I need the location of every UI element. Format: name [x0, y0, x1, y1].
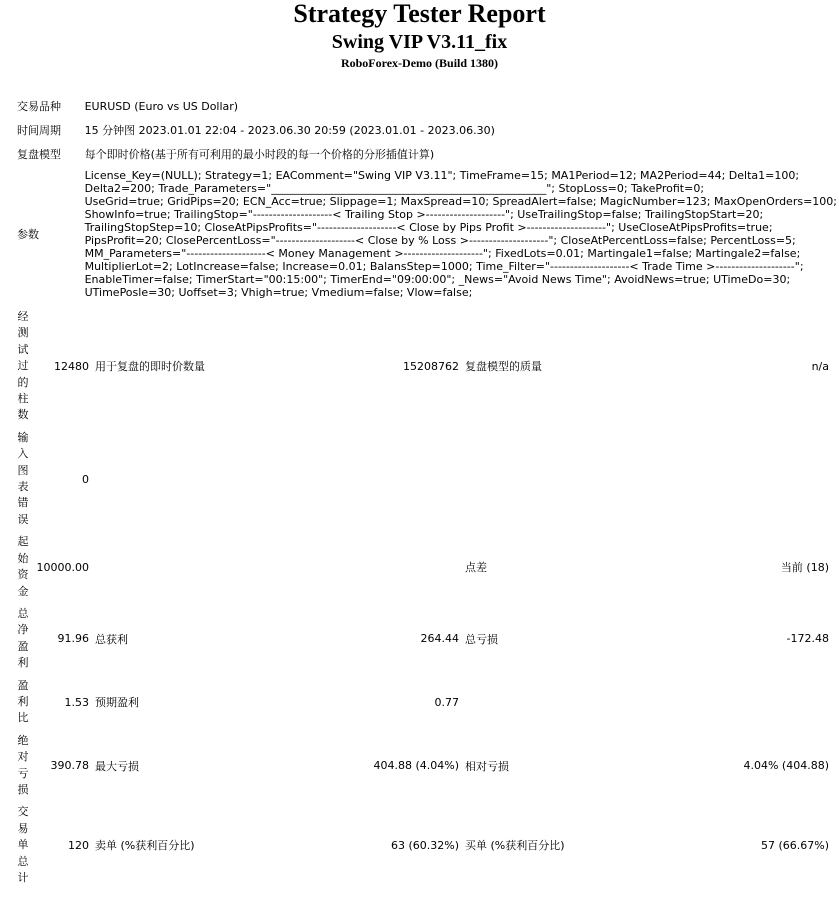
stats-row: 绝对亏损390.78最大亏损404.88 (4.04%)相对亏损4.04% (4…: [15, 730, 835, 802]
stat-value-3: 4.04% (404.88): [647, 730, 835, 802]
stat-value-3: 57 (66.67%): [647, 801, 835, 889]
stat-value-2: 0.77: [247, 675, 463, 730]
stat-value-3: 当前 (18): [647, 531, 835, 603]
params-line: UTimePosle=30; Uoffset=3; Vhigh=true; Vm…: [85, 286, 837, 299]
period-row: 时间周期 15 分钟图 2023.01.01 22:04 - 2023.06.3…: [15, 118, 839, 142]
stat-label-2: [93, 427, 247, 531]
stats-row: 经测试过的柱数12480用于复盘的即时价数量15208762复盘模型的质量n/a: [15, 306, 835, 427]
period-label: 时间周期: [15, 118, 83, 142]
stat-label-3: 总亏损: [463, 603, 647, 675]
symbol-value: EURUSD (Euro vs US Dollar): [83, 94, 839, 118]
model-label: 复盘模型: [15, 142, 83, 166]
stats-row: 总净盈利91.96总获利264.44总亏损-172.48: [15, 603, 835, 675]
params-row: 参数 License_Key=(NULL); Strategy=1; EACom…: [15, 166, 839, 302]
stat-label: 起始资金: [15, 531, 31, 603]
stat-label-3: 买单 (%获利百分比): [463, 801, 647, 889]
stats-row: 交易单总计120卖单 (%获利百分比)63 (60.32%)买单 (%获利百分比…: [15, 801, 835, 889]
stat-label-2: [93, 531, 247, 603]
stat-value-3: n/a: [647, 306, 835, 427]
stat-value-2: 63 (60.32%): [247, 801, 463, 889]
params-line: PipsProfit=20; ClosePercentLoss="-------…: [85, 234, 837, 247]
stat-label-2: 卖单 (%获利百分比): [93, 801, 247, 889]
stat-label-3: [463, 675, 647, 730]
stat-label-2: 预期盈利: [93, 675, 247, 730]
stat-label-3: [463, 427, 647, 531]
model-value: 每个即时价格(基于所有可利用的最小时段的每一个价格的分形插值计算): [83, 142, 839, 166]
symbol-label: 交易品种: [15, 94, 83, 118]
symbol-row: 交易品种 EURUSD (Euro vs US Dollar): [15, 94, 839, 118]
params-line: UseGrid=true; GridPips=20; ECN_Acc=true;…: [85, 195, 837, 208]
stat-value-3: [647, 427, 835, 531]
params-label: 参数: [15, 166, 83, 302]
params-line: License_Key=(NULL); Strategy=1; EACommen…: [85, 169, 837, 182]
stats-row: 盈利比1.53预期盈利0.77: [15, 675, 835, 730]
stat-value-2: [247, 427, 463, 531]
stat-value: 120: [31, 801, 93, 889]
stat-label-3: 相对亏损: [463, 730, 647, 802]
stat-label-2: 总获利: [93, 603, 247, 675]
report-title: Strategy Tester Report: [0, 0, 839, 28]
params-line: ShowInfo=true; TrailingStop="-----------…: [85, 208, 837, 221]
stat-value-3: [647, 675, 835, 730]
stat-value-2: 404.88 (4.04%): [247, 730, 463, 802]
stats-row: 起始资金10000.00点差当前 (18): [15, 531, 835, 603]
stat-label: 经测试过的柱数: [15, 306, 31, 427]
stat-value: 91.96: [31, 603, 93, 675]
params-line: TrailingStopStep=10; CloseAtPipsProfits=…: [85, 221, 837, 234]
stat-label-2: 用于复盘的即时价数量: [93, 306, 247, 427]
period-value: 15 分钟图 2023.01.01 22:04 - 2023.06.30 20:…: [83, 118, 839, 142]
stat-value: 12480: [31, 306, 93, 427]
ea-name: Swing VIP V3.11_fix: [0, 30, 839, 54]
stat-value-2: 264.44: [247, 603, 463, 675]
stat-value-2: 15208762: [247, 306, 463, 427]
stat-label: 总净盈利: [15, 603, 31, 675]
stat-value: 0: [31, 427, 93, 531]
stat-label-2: 最大亏损: [93, 730, 247, 802]
stats-table: 经测试过的柱数12480用于复盘的即时价数量15208762复盘模型的质量n/a…: [15, 306, 835, 889]
stats-row: 输入图表错误0: [15, 427, 835, 531]
stat-value: 10000.00: [31, 531, 93, 603]
stat-label: 绝对亏损: [15, 730, 31, 802]
stat-label: 交易单总计: [15, 801, 31, 889]
params-line: Delta2=200; Trade_Parameters="__________…: [85, 182, 837, 195]
params-value: License_Key=(NULL); Strategy=1; EACommen…: [83, 166, 839, 302]
stat-value-2: [247, 531, 463, 603]
model-row: 复盘模型 每个即时价格(基于所有可利用的最小时段的每一个价格的分形插值计算): [15, 142, 839, 166]
info-table: 交易品种 EURUSD (Euro vs US Dollar) 时间周期 15 …: [15, 94, 839, 302]
params-line: EnableTimer=false; TimerStart="00:15:00"…: [85, 273, 837, 286]
stat-value: 1.53: [31, 675, 93, 730]
stat-value-3: -172.48: [647, 603, 835, 675]
stat-label-3: 复盘模型的质量: [463, 306, 647, 427]
report-header: Strategy Tester Report Swing VIP V3.11_f…: [0, 0, 839, 70]
server-build: RoboForex-Demo (Build 1380): [0, 56, 839, 70]
stat-label: 输入图表错误: [15, 427, 31, 531]
params-line: MultiplierLot=2; LotIncrease=false; Incr…: [85, 260, 837, 273]
stat-value: 390.78: [31, 730, 93, 802]
stat-label: 盈利比: [15, 675, 31, 730]
stat-label-3: 点差: [463, 531, 647, 603]
params-line: MM_Parameters="--------------------< Mon…: [85, 247, 837, 260]
